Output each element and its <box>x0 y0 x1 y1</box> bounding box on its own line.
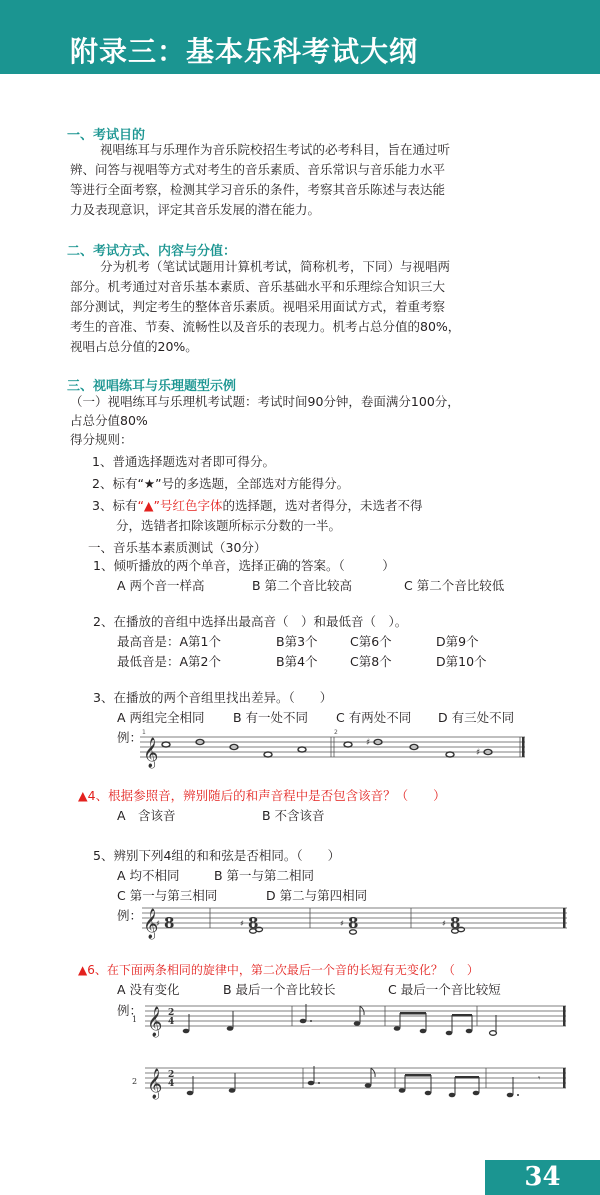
q5-music-staff: 𝄞 88 88 ♯♯ ♯♯ <box>142 900 567 940</box>
q2-lowest-d: D第10个 <box>436 652 487 672</box>
scoring-rule: 1、普通选择题选对者即可得分。 <box>92 452 275 472</box>
scoring-rule-3-continued: 分，选错者扣除该题所标示分数的一半。 <box>116 516 341 536</box>
scoring-rules-label: 得分规则： <box>70 430 133 450</box>
section-2-line: 考生的音准、节奏、流畅性以及音乐的表现力。机考占总分值的80%， <box>70 317 460 337</box>
q2-lowest-c: C第8个 <box>350 652 392 672</box>
section-2-line: 部分。机考通过对音乐基本素质、音乐基础水平和乐理综合知识三大 <box>70 277 445 297</box>
subsection-heading: 一、音乐基本素质测试（30分） <box>88 538 266 558</box>
svg-text:𝄞: 𝄞 <box>147 1068 162 1100</box>
q3-music-staff: 𝄞 1 2 ♯ ♯ <box>140 725 525 770</box>
svg-text:𝄞: 𝄞 <box>147 1006 162 1038</box>
q1-option-c: C 第二个音比较低 <box>404 576 504 596</box>
q2-highest-d: D第9个 <box>436 632 479 652</box>
q6-option-a: A 没有变化 <box>117 980 180 1000</box>
melody-1-label: 1 <box>132 1015 137 1024</box>
section-1-line: 等进行全面考察，检测其学习音乐的条件，考察其音乐陈述与表达能 <box>70 180 445 200</box>
rule-3-red-text: “▲”号红色字体 <box>137 498 222 513</box>
q6-option-b: B 最后一个音比较长 <box>223 980 336 1000</box>
q1-option-a: A 两个音一样高 <box>117 576 205 596</box>
scoring-rule-3: 3、标有“▲”号红色字体的选择题，选对者得分，未选者不得 <box>92 496 423 516</box>
svg-text:♯: ♯ <box>156 919 160 928</box>
exam-intro-line: （一）视唱练耳与乐理机考试题：考试时间90分钟，卷面满分100分， <box>70 392 460 412</box>
q2-highest-b: B第3个 <box>276 632 318 652</box>
question-3: 3、在播放的两个音组里找出差异。（ ） <box>93 688 332 708</box>
q6-option-c: C 最后一个音比较短 <box>388 980 501 1000</box>
section-1-line: 辨、问答与视唱等方式对考生的音乐素质、音乐常识与音乐能力水平 <box>70 160 445 180</box>
rule-3-suffix: 的选择题，选对者得分，未选者不得 <box>223 498 423 513</box>
q2-highest-a: 最高音是：A第1个 <box>117 632 221 652</box>
section-1-line: 力及表现意识，评定其音乐发展的潜在能力。 <box>70 200 320 220</box>
svg-text:♯: ♯ <box>240 919 244 928</box>
q4-option-b: B 不含该音 <box>262 806 325 826</box>
svg-text:𝄞: 𝄞 <box>143 737 158 769</box>
section-1-line: 视唱练耳与乐理作为音乐院校招生考试的必考科目，旨在通过听 <box>100 140 450 160</box>
question-5: 5、辨别下列4组的和和弦是否相同。（ ） <box>93 846 340 866</box>
section-2-line: 视唱占总分值的20%。 <box>70 337 198 357</box>
svg-text:♯: ♯ <box>366 738 370 748</box>
page-number: 34 <box>485 1162 600 1192</box>
svg-text:♯: ♯ <box>476 748 480 758</box>
svg-text:8: 8 <box>164 914 174 932</box>
chapter-header-bar: 附录三：基本乐科考试大纲 <box>0 0 600 74</box>
q5-option-a: A 均不相同 <box>117 866 180 886</box>
svg-text:♯: ♯ <box>442 919 446 928</box>
scoring-rule: 2、标有“★”号的多选题，全部选对方能得分。 <box>92 474 349 494</box>
group-2-label: 2 <box>334 729 338 736</box>
q5-option-b: B 第一与第二相同 <box>214 866 314 886</box>
chapter-title: 附录三：基本乐科考试大纲 <box>70 30 418 70</box>
q2-lowest-a: 最低音是：A第2个 <box>117 652 221 672</box>
rule-3-prefix: 3、标有 <box>92 498 137 513</box>
melody-2-label: 2 <box>132 1077 137 1086</box>
question-2: 2、在播放的音组中选择出最高音（ ）和最低音（ ）。 <box>93 612 407 632</box>
group-1-label: 1 <box>142 729 146 736</box>
page-number-box: 34 <box>485 1160 600 1195</box>
q1-option-b: B 第二个音比较高 <box>252 576 352 596</box>
question-4: ▲4、根据参照音，辨别随后的和声音程中是否包含该音？（ ） <box>78 786 446 806</box>
q2-highest-c: C第6个 <box>350 632 392 652</box>
section-2-line: 部分测试，判定考生的整体音乐素质。视唱采用面试方式，着重考察 <box>70 297 445 317</box>
question-1: 1、倾听播放的两个单音，选择正确的答案。（ ） <box>93 556 395 576</box>
example-label: 例： <box>117 906 142 926</box>
q2-lowest-b: B第4个 <box>276 652 318 672</box>
svg-text:♯: ♯ <box>340 919 344 928</box>
eighth-rest: 𝄾 <box>538 1074 541 1084</box>
question-6: ▲6、在下面两条相同的旋律中，第二次最后一个音的长短有无变化？（ ） <box>78 960 479 980</box>
q4-option-a: A 含该音 <box>117 806 176 826</box>
svg-text:4: 4 <box>168 1079 174 1089</box>
example-label: 例： <box>117 728 142 748</box>
svg-text:4: 4 <box>168 1017 174 1027</box>
exam-intro-line: 占总分值80% <box>70 411 148 431</box>
melody-2-staff: 2 𝄞 24 𝄾 <box>130 1060 570 1102</box>
section-2-line: 分为机考（笔试试题用计算机考试，简称机考，下同）与视唱两 <box>100 257 450 277</box>
melody-1-staff: 1 𝄞 24 <box>130 998 570 1040</box>
